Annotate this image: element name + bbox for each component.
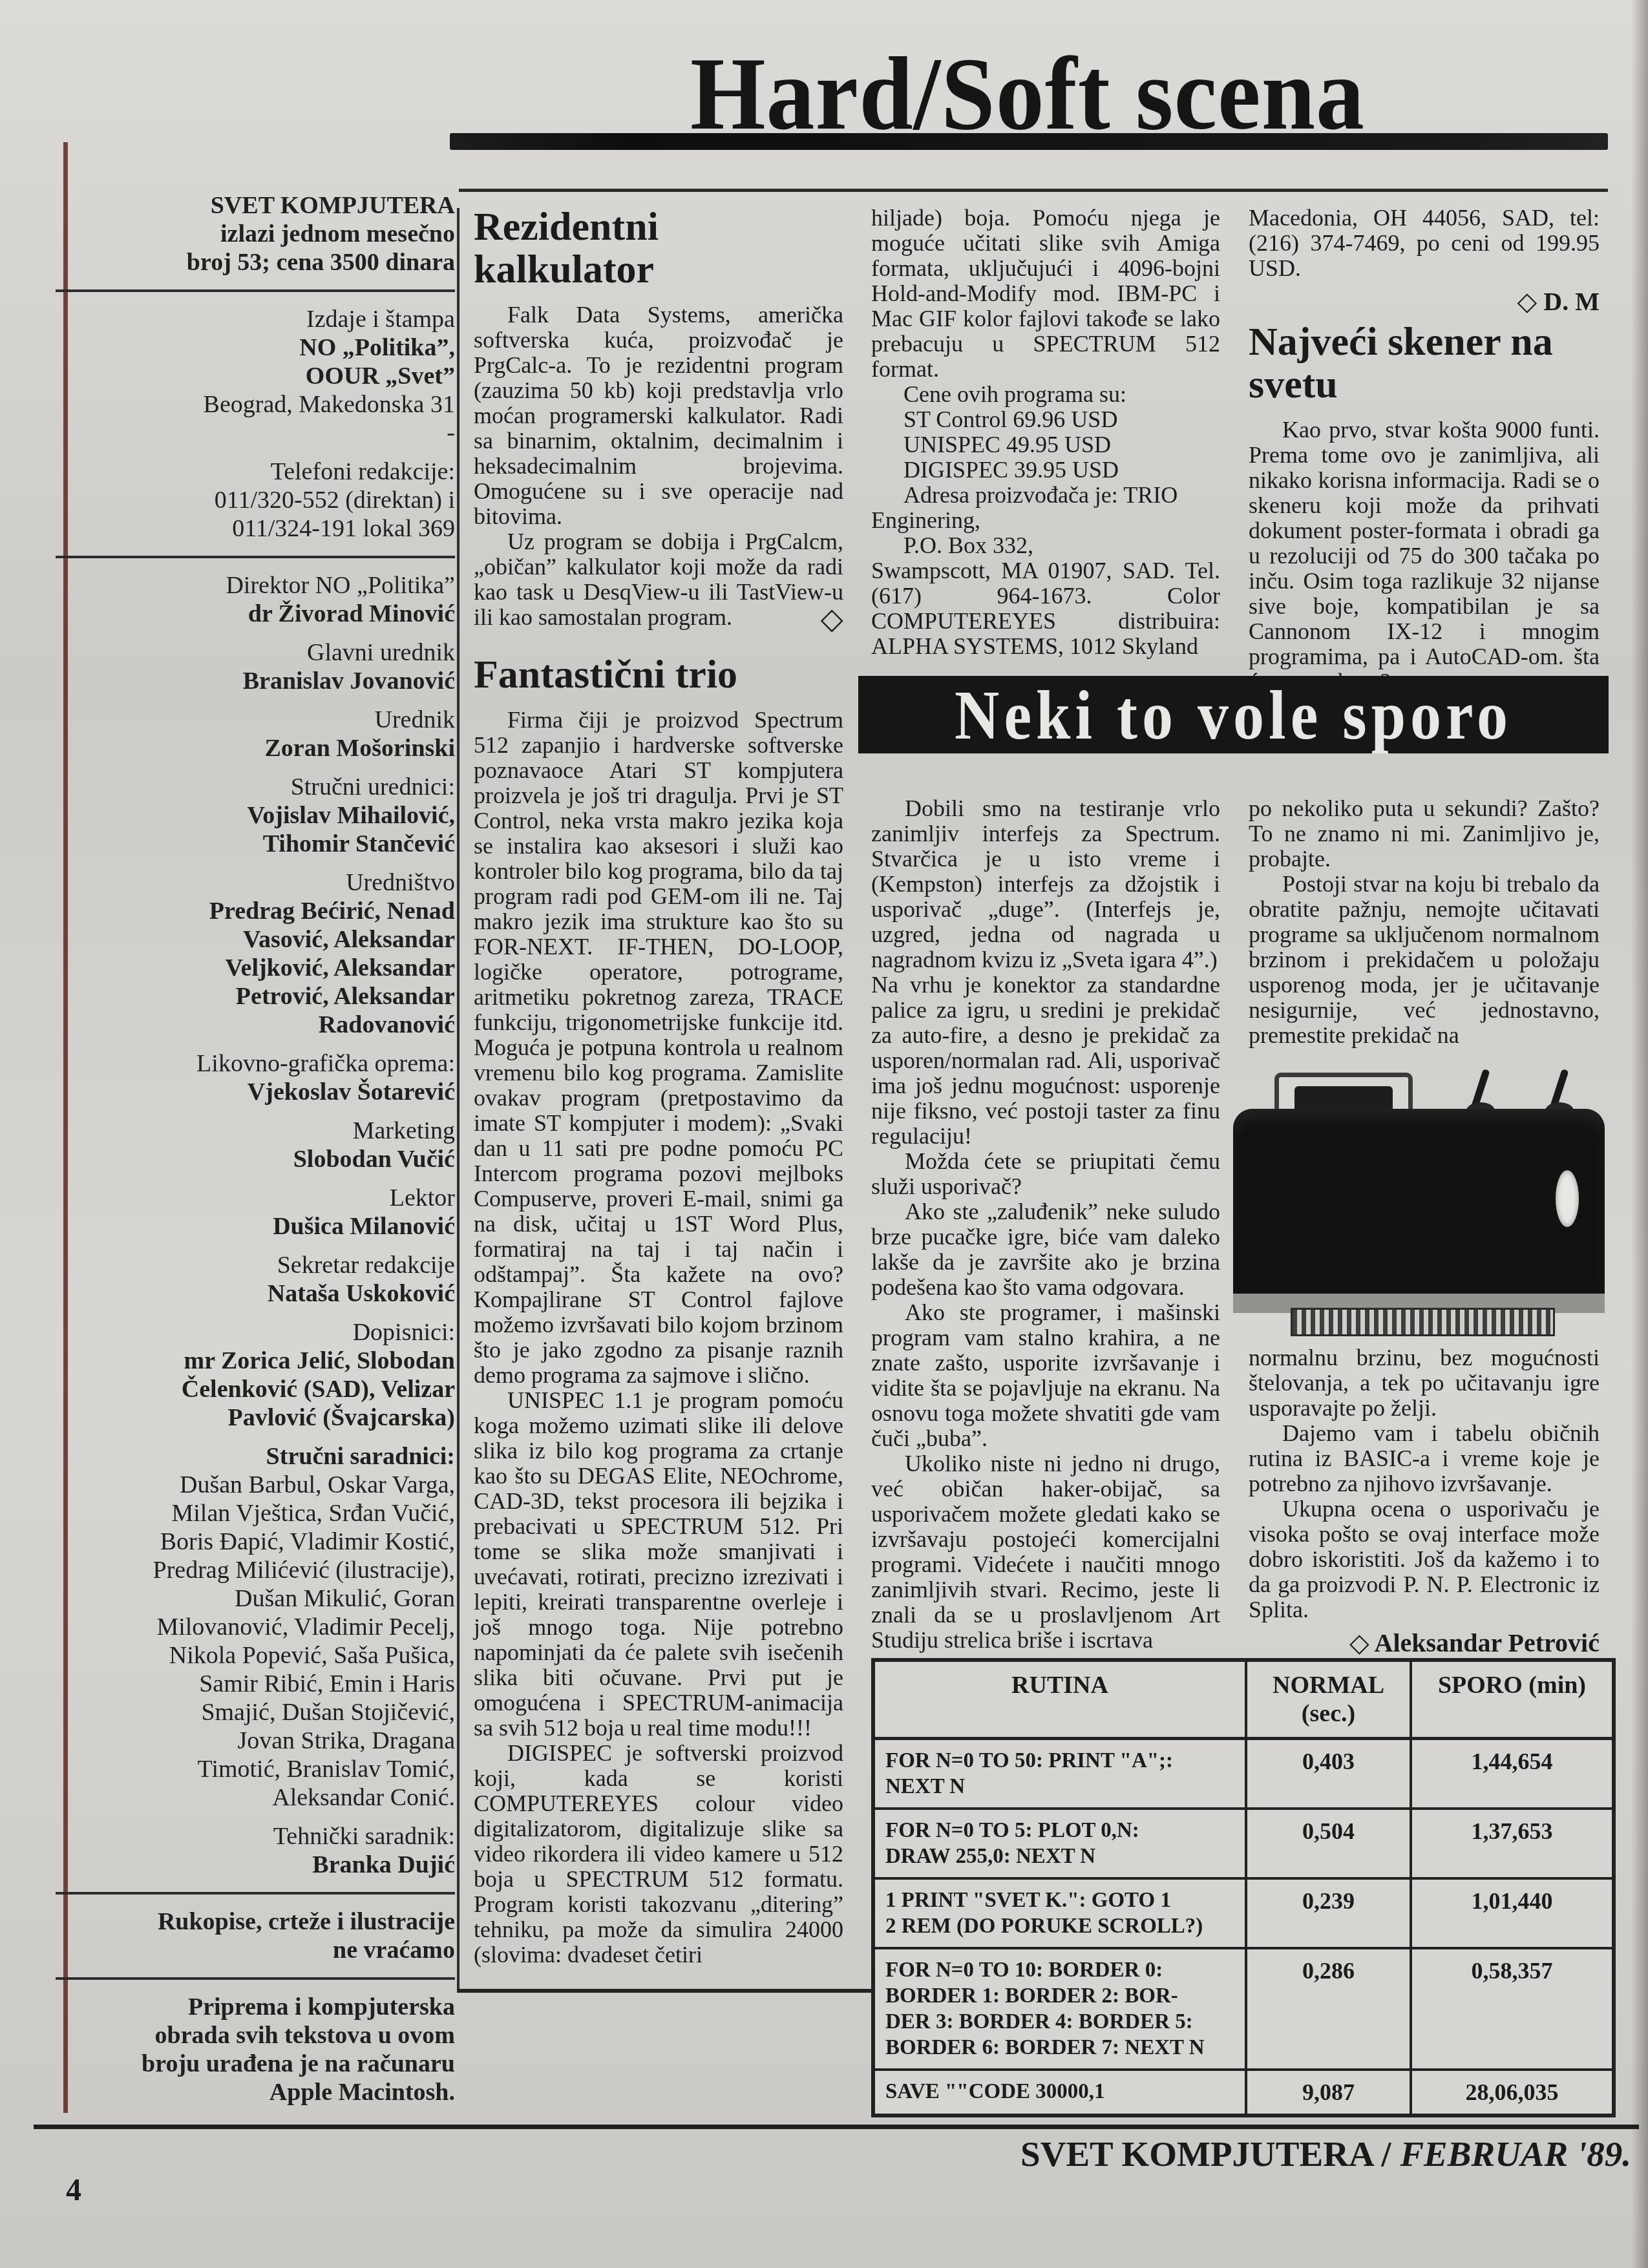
- masthead-line: SVET KOMPJUTERA: [56, 191, 455, 220]
- masthead-line: Nikola Popević, Saša Pušica,: [56, 1641, 455, 1670]
- masthead-line: Branislav Jovanović: [56, 667, 455, 695]
- masthead-line: Priprema i kompjuterska: [56, 1993, 455, 2021]
- table-row: FOR N=0 TO 10: BORDER 0: BORDER 1: BORDE…: [875, 1949, 1612, 2071]
- masthead-line: Smajić, Dušan Stojičević,: [56, 1698, 455, 1727]
- masthead-line: [56, 289, 455, 292]
- masthead-line: Predrag Milićević (ilustracije),: [56, 1556, 455, 1584]
- masthead-line: Stručni saradnici:: [56, 1442, 455, 1471]
- paragraph: Možda ćete se priupitati čemu služi uspo…: [871, 1149, 1220, 1199]
- column-divider: [457, 208, 460, 1989]
- byline-dm: ◇ D. M: [1249, 289, 1600, 314]
- table-row: SAVE ""CODE 30000,1 9,087 28,06,035: [875, 2071, 1612, 2114]
- masthead-line: Marketing: [56, 1117, 455, 1145]
- price-list: ST Control 69.96 USDUNISPEC 49.95 USDDIG…: [871, 407, 1220, 483]
- paragraph: UNISPEC 1.1 je program pomoću koga možem…: [474, 1388, 843, 1741]
- column-4: Macedonia, OH 44056, SAD, tel: (216) 374…: [1249, 205, 1600, 732]
- table-row: 1 PRINT "SVET K.": GOTO 1 2 REM (DO PORU…: [875, 1880, 1612, 1949]
- masthead-line: Veljković, Aleksandar: [56, 954, 455, 982]
- masthead-line: dr Živorad Minović: [56, 600, 455, 628]
- sporo-column-left: Dobili smo na testiranje vrlo zanimljiv …: [871, 796, 1220, 1653]
- masthead-line: Pavlović (Švajcarska): [56, 1403, 455, 1432]
- table-row: FOR N=0 TO 5: PLOT 0,N: DRAW 255,0: NEXT…: [875, 1810, 1612, 1880]
- masthead-line: NO „Politika”,: [56, 333, 455, 362]
- sporo-column-right: po nekoliko puta u sekundi? Zašto? To ne…: [1249, 796, 1600, 1662]
- masthead-line: Nataša Uskoković: [56, 1279, 455, 1308]
- cell-routine: SAVE ""CODE 30000,1: [875, 2071, 1245, 2114]
- paragraph: Falk Data Systems, američka softverska k…: [474, 302, 843, 529]
- column-3: hiljade) boja. Pomoću njega je moguće uč…: [871, 205, 1220, 659]
- masthead-line: Jovan Strika, Dragana: [56, 1727, 455, 1755]
- footer-issue: FEBRUAR '89.: [1400, 2134, 1631, 2174]
- masthead-line: Vasović, Aleksandar: [56, 925, 455, 954]
- headline-banner: Neki to vole sporo: [860, 677, 1607, 752]
- masthead-line: Dušica Milanović: [56, 1212, 455, 1241]
- cell-normal: 0,286: [1245, 1949, 1410, 2068]
- address-line: Enginering,: [871, 508, 1220, 533]
- byline-petrovic: ◇ Aleksandar Petrović: [1249, 1630, 1600, 1655]
- paragraph: normalnu brzinu, bez mogućnosti štelovan…: [1249, 1345, 1600, 1421]
- table-header-sporo: SPORO (min): [1410, 1662, 1612, 1737]
- page-number: 4: [66, 2172, 81, 2208]
- masthead-line: [56, 556, 455, 558]
- article-title-rezidentni: Rezidentni kalkulator: [474, 205, 843, 291]
- masthead-line: Stručni urednici:: [56, 773, 455, 801]
- masthead-line: Tihomir Stančević: [56, 830, 455, 858]
- masthead-line: mr Zorica Jelić, Slobodan: [56, 1347, 455, 1375]
- table-header-row: RUTINA NORMAL (sec.) SPORO (min): [875, 1662, 1612, 1740]
- paragraph: Dajemo vam i tabelu običnih rutina iz BA…: [1249, 1421, 1600, 1496]
- cell-sporo: 0,58,357: [1410, 1949, 1612, 2068]
- magazine-page: Hard/Soft scena SVET KOMPJUTERAizlazi je…: [0, 0, 1648, 2268]
- masthead-line: Radovanović: [56, 1011, 455, 1039]
- masthead-line: Lektor: [56, 1184, 455, 1212]
- masthead-line: [56, 1977, 455, 1980]
- masthead-line: OOUR „Svet”: [56, 362, 455, 390]
- masthead-line: Boris Đapić, Vladimir Kostić,: [56, 1528, 455, 1556]
- masthead-line: Slobodan Vučić: [56, 1145, 455, 1173]
- paragraph: Ukupna ocena o usporivaču je visoka pošt…: [1249, 1496, 1600, 1622]
- masthead-line: Beograd, Makedonska 31: [56, 390, 455, 419]
- masthead-line: Aleksandar Conić.: [56, 1783, 455, 1812]
- cell-routine: FOR N=0 TO 50: PRINT "A";: NEXT N: [875, 1740, 1245, 1807]
- header-rule-thin: [459, 189, 1608, 192]
- paragraph: Ako ste „zaluđenik” neke suludo brze puc…: [871, 1199, 1220, 1300]
- masthead-line: Branka Dujić: [56, 1851, 455, 1879]
- masthead-line: Sekretar redakcije: [56, 1251, 455, 1279]
- footer-brand-name: SVET KOMPJUTERA /: [1020, 2134, 1400, 2174]
- case-cutout: [1556, 1170, 1579, 1227]
- masthead-line: Milan Vještica, Srđan Vučić,: [56, 1499, 455, 1528]
- article-title-fantasticni: Fantastični trio: [474, 653, 843, 696]
- masthead-line: Predrag Bećirić, Nenad: [56, 897, 455, 925]
- masthead-line: ne vraćamo: [56, 1936, 455, 1964]
- cell-sporo: 1,37,653: [1410, 1810, 1612, 1877]
- masthead-line: Vjekoslav Šotarević: [56, 1078, 455, 1106]
- masthead-line: obrada svih tekstova u ovom: [56, 2021, 455, 2050]
- paragraph: hiljade) boja. Pomoću njega je moguće uč…: [871, 205, 1220, 382]
- masthead-line: Izdaje i štampa: [56, 305, 455, 333]
- masthead-line: Direktor NO „Politika”: [56, 571, 455, 600]
- paragraph: Kao prvo, stvar košta 9000 funti. Prema …: [1249, 417, 1600, 695]
- column-2: Rezidentni kalkulator Falk Data Systems,…: [474, 205, 843, 1968]
- paragraph: Firma čiji je proizvod Spectrum 512 zapa…: [474, 708, 843, 1388]
- interface-case: [1233, 1109, 1605, 1313]
- cell-routine: 1 PRINT "SVET K.": GOTO 1 2 REM (DO PORU…: [875, 1880, 1245, 1947]
- masthead-line: Likovno-grafička oprema:: [56, 1049, 455, 1078]
- cell-normal: 0,504: [1245, 1810, 1410, 1877]
- cell-normal: 9,087: [1245, 2071, 1410, 2114]
- masthead-line: Uredništvo: [56, 868, 455, 897]
- footer-rule: [34, 2125, 1639, 2129]
- cell-normal: 0,239: [1245, 1880, 1410, 1947]
- table-header-normal: NORMAL (sec.): [1245, 1662, 1410, 1737]
- address-line: Swampscott, MA 01907, SAD. Tel. (617) 96…: [871, 558, 1220, 659]
- header-rule-thick: [450, 133, 1608, 150]
- price-line: UNISPEC 49.95 USD: [871, 432, 1220, 457]
- masthead-line: [56, 1892, 455, 1895]
- masthead-line: Dopisnici:: [56, 1318, 455, 1347]
- masthead-line: Dušan Barbul, Oskar Varga,: [56, 1471, 455, 1499]
- paragraph: Macedonia, OH 44056, SAD, tel: (216) 374…: [1249, 205, 1600, 281]
- cell-sporo: 28,06,035: [1410, 2071, 1612, 2114]
- masthead-line: Milovanović, Vladimir Pecelj,: [56, 1613, 455, 1641]
- scan-edge-shadow: [1631, 0, 1648, 2268]
- paragraph: Ako ste programer, i mašinski program va…: [871, 1300, 1220, 1451]
- cell-sporo: 1,01,440: [1410, 1880, 1612, 1947]
- cell-routine: FOR N=0 TO 10: BORDER 0: BORDER 1: BORDE…: [875, 1949, 1245, 2068]
- paragraph: Dobili smo na testiranje vrlo zanimljiv …: [871, 796, 1220, 972]
- paragraph: po nekoliko puta u sekundi? Zašto? To ne…: [1249, 796, 1600, 872]
- masthead-line: Timotić, Branislav Tomić,: [56, 1755, 455, 1783]
- footer-brand: SVET KOMPJUTERA / FEBRUAR '89.: [1020, 2134, 1631, 2174]
- table-row: FOR N=0 TO 50: PRINT "A";: NEXT N 0,403 …: [875, 1740, 1612, 1810]
- paragraph: Postoji stvar na koju bi trebalo da obra…: [1249, 872, 1600, 1048]
- benchmark-table: RUTINA NORMAL (sec.) SPORO (min) FOR N=0…: [871, 1658, 1616, 2117]
- interface-photo: [1229, 1057, 1610, 1336]
- masthead-line: Petrović, Aleksandar: [56, 982, 455, 1011]
- paragraph: DIGISPEC je softverski proizvod koji, ka…: [474, 1741, 843, 1968]
- prices-intro: Cene ovih programa su:: [871, 382, 1220, 407]
- price-line: ST Control 69.96 USD: [871, 407, 1220, 432]
- masthead-line: Urednik: [56, 706, 455, 734]
- masthead-line: 011/324-191 lokal 369: [56, 514, 455, 543]
- address-line: P.O. Box 332,: [871, 533, 1220, 558]
- masthead-line: -: [56, 419, 455, 447]
- masthead-line: 011/320-552 (direktan) i: [56, 486, 455, 514]
- cell-routine: FOR N=0 TO 5: PLOT 0,N: DRAW 255,0: NEXT…: [875, 1810, 1245, 1877]
- masthead-column: SVET KOMPJUTERAizlazi jednom mesečnobroj…: [56, 191, 455, 2106]
- masthead-line: Rukopise, crteže i ilustracije: [56, 1907, 455, 1936]
- price-line: DIGISPEC 39.95 USD: [871, 457, 1220, 483]
- masthead-line: Samir Ribić, Emin i Haris: [56, 1670, 455, 1698]
- address-line: Adresa proizvođača je: TRIO: [871, 483, 1220, 508]
- masthead-line: Vojislav Mihailović,: [56, 801, 455, 830]
- masthead-line: Čelenković (SAD), Velizar: [56, 1375, 455, 1403]
- cell-normal: 0,403: [1245, 1740, 1410, 1807]
- masthead-line: izlazi jednom mesečno: [56, 220, 455, 248]
- masthead-line: broju urađena je na računaru: [56, 2050, 455, 2078]
- table-body: FOR N=0 TO 50: PRINT "A";: NEXT N 0,403 …: [875, 1740, 1612, 2114]
- article-title-skener: Najveći skener na svetu: [1249, 320, 1600, 406]
- masthead-line: Zoran Mošorinski: [56, 734, 455, 762]
- masthead-line: Telefoni redakcije:: [56, 457, 455, 486]
- masthead-line: Dušan Mikulić, Goran: [56, 1584, 455, 1613]
- paragraph: Ukoliko niste ni jedno ni drugo, već obi…: [871, 1451, 1220, 1653]
- masthead-line: Apple Macintosh.: [56, 2078, 455, 2106]
- masthead-line: Tehnički saradnik:: [56, 1822, 455, 1851]
- table-header-rutina: RUTINA: [875, 1662, 1245, 1737]
- paragraph: Na vrhu je konektor za standardne palice…: [871, 972, 1220, 1149]
- edge-connector: [1291, 1308, 1555, 1336]
- masthead-line: Glavni urednik: [56, 638, 455, 667]
- headline-sporo: Neki to vole sporo: [860, 673, 1607, 757]
- cell-sporo: 1,44,654: [1410, 1740, 1612, 1807]
- masthead-line: broj 53; cena 3500 dinara: [56, 248, 455, 277]
